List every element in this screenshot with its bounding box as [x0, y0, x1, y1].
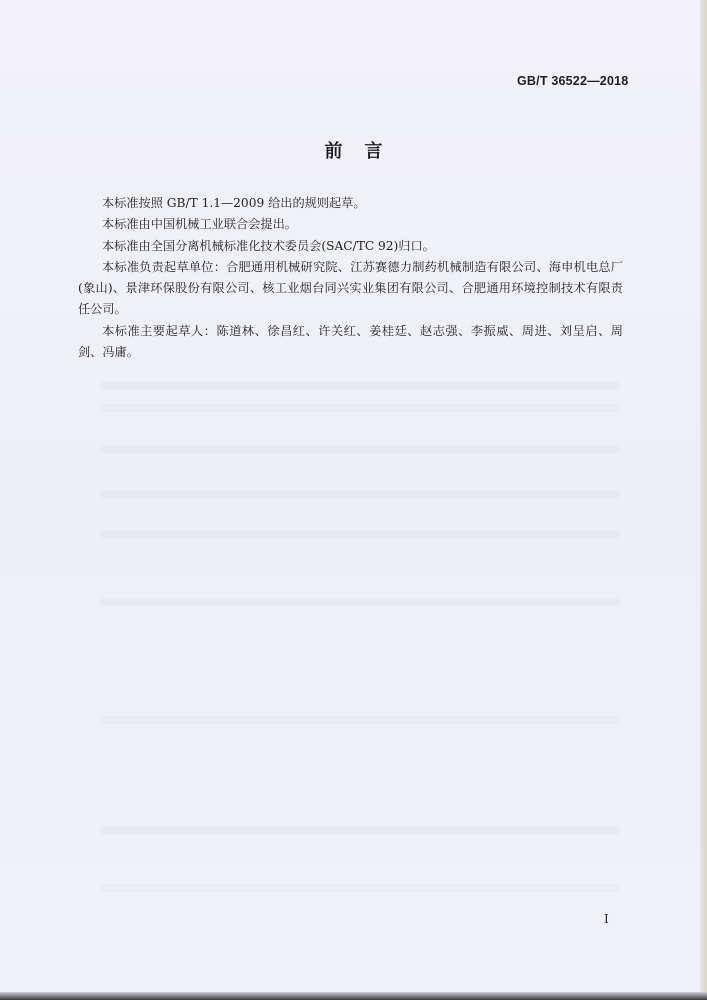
- paragraph-drafting-units: 本标准负责起草单位：合肥通用机械研究院、江苏赛德力制药机械制造有限公司、海申机电…: [78, 257, 623, 321]
- paragraph-proposer: 本标准由中国机械工业联合会提出。: [78, 214, 623, 235]
- page-shadow: [0, 992, 707, 1000]
- paragraph-drafters: 本标准主要起草人：陈道林、徐昌红、许关红、姜桂廷、赵志强、李振威、周进、刘呈启、…: [78, 321, 623, 364]
- show-through-text: [100, 490, 620, 498]
- show-through-text: [100, 826, 620, 834]
- show-through-text: [100, 716, 620, 724]
- show-through-text: [100, 530, 620, 538]
- page-number: I: [604, 912, 609, 926]
- standard-code: GB/T 36522—2018: [517, 74, 628, 88]
- page-edge: [700, 0, 707, 1000]
- show-through-text: [100, 884, 620, 892]
- show-through-text: [100, 404, 620, 412]
- document-page: GB/T 36522—2018 前言 本标准按照 GB/T 1.1—2009 给…: [0, 0, 700, 992]
- paragraph-drafting-rules: 本标准按照 GB/T 1.1—2009 给出的规则起草。: [78, 193, 623, 214]
- page-title: 前言: [0, 137, 707, 163]
- show-through-text: [100, 445, 620, 453]
- show-through-text: [100, 598, 620, 606]
- show-through-text: [100, 382, 620, 390]
- foreword-body: 本标准按照 GB/T 1.1—2009 给出的规则起草。 本标准由中国机械工业联…: [78, 193, 623, 363]
- paragraph-committee: 本标准由全国分离机械标准化技术委员会(SAC/TC 92)归口。: [78, 236, 623, 257]
